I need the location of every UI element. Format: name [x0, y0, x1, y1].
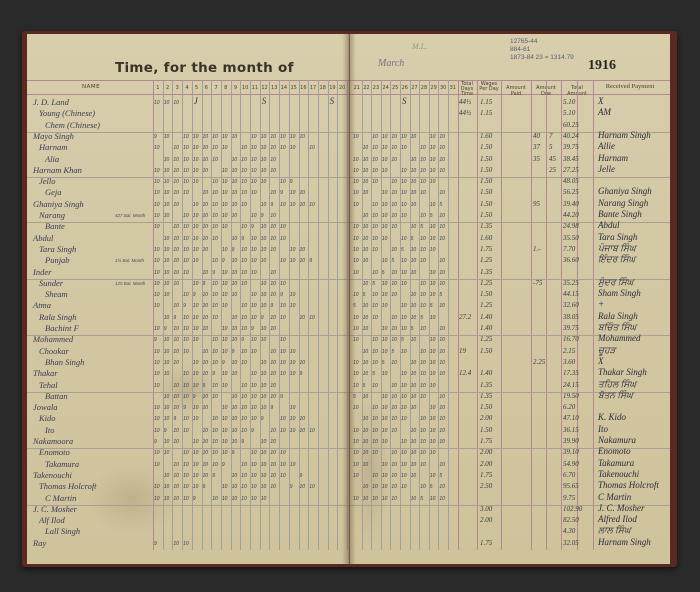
wage-value: 1.50: [480, 166, 492, 174]
day-hours: 10: [164, 168, 170, 174]
day-hours: 10: [261, 405, 267, 411]
day-hours: 10: [203, 303, 209, 309]
day-hours: 10: [164, 202, 170, 208]
day-hours: 10: [270, 371, 276, 377]
day-hours: 10: [270, 134, 276, 140]
day-hours: 10: [154, 258, 160, 264]
day-hours: 10: [382, 428, 388, 434]
amount-paid-value: 35: [533, 155, 540, 163]
day-hours: 10: [173, 270, 179, 276]
day-hours: 10: [203, 134, 209, 140]
wage-value: 1.35: [480, 392, 492, 400]
payment-signature: Takenouchi: [598, 469, 639, 479]
day-hours: 10: [391, 157, 397, 163]
day-hours: 10: [251, 473, 257, 479]
day-hours: 10: [270, 315, 276, 321]
day-hours: 10: [401, 190, 407, 196]
payment-signature: X: [598, 96, 604, 106]
wage-value: 2.00: [480, 414, 492, 422]
payment-signature: Ito: [598, 424, 608, 434]
day-hours: 10: [401, 439, 407, 445]
payment-signature: Rala Singh: [598, 311, 638, 321]
day-hours: 10: [173, 281, 179, 287]
day-hours: 10: [353, 258, 359, 264]
day-hours: 10: [401, 281, 407, 287]
day-hours: 10: [203, 405, 209, 411]
day-hours: 10: [411, 157, 417, 163]
day-hours: 10: [372, 405, 378, 411]
day-hours: 10: [251, 270, 257, 276]
day-hours: 10: [363, 168, 369, 174]
payment-signature: Mohammed: [598, 333, 641, 343]
day-hours: 10: [401, 179, 407, 185]
day-hours: 10: [173, 100, 179, 106]
day-hours: 10: [430, 439, 436, 445]
day-hours: 10: [372, 303, 378, 309]
day-hours: 10: [241, 484, 247, 490]
payment-signature: ਚੂਹੜ: [598, 345, 615, 356]
day-hours: 10: [372, 179, 378, 185]
day-hours: 10: [212, 236, 218, 242]
day-hours: 10: [193, 462, 199, 468]
day-hours: 10: [261, 303, 267, 309]
day-hours: 10: [232, 292, 238, 298]
day-hours: 10: [382, 134, 388, 140]
day-hours: 10: [251, 247, 257, 253]
day-hours: 10: [203, 145, 209, 151]
day-hours: 10: [241, 416, 247, 422]
day-hours: 9: [173, 416, 176, 422]
employee-name: Tehal: [39, 380, 58, 390]
day-hours: 10: [353, 337, 359, 343]
day-hours: 10: [251, 337, 257, 343]
day-hours: 10: [222, 371, 228, 377]
day-hours: 10: [222, 190, 228, 196]
day-hours: 10: [300, 484, 306, 490]
day-hours: 10: [270, 190, 276, 196]
employee-name: Bhan Singh: [45, 357, 84, 367]
day-hours: 10: [212, 157, 218, 163]
day-hours: 10: [203, 315, 209, 321]
day-hours: 10: [353, 371, 359, 377]
day-hours: 10: [280, 134, 286, 140]
day-hours: 10: [363, 157, 369, 163]
day-hours: 10: [212, 190, 218, 196]
day-hours: 10: [183, 337, 189, 343]
day-hours: 10: [439, 145, 445, 151]
day-hours: 9: [241, 337, 244, 343]
day-hours: 10: [411, 247, 417, 253]
day-hours: 10: [261, 224, 267, 230]
day-hours: 10: [420, 383, 426, 389]
day-hours: 10: [232, 202, 238, 208]
sunday-mark: S: [330, 96, 335, 106]
amount-due-value: 45: [549, 155, 556, 163]
wage-value: 1.75: [480, 539, 492, 547]
day-hours: 10: [173, 190, 179, 196]
total-days-header: Total Days Time: [458, 82, 476, 97]
day-hours: 9: [261, 416, 264, 422]
day-hours: 10: [290, 371, 296, 377]
day-hours: 10: [193, 337, 199, 343]
wage-value: 1.15: [480, 109, 492, 117]
payment-signature: Tara Singh: [598, 232, 637, 242]
day-hours: 10: [280, 473, 286, 479]
day-hours: 10: [173, 428, 179, 434]
amount-paid-header: Amount Paid: [502, 85, 530, 97]
day-hours: 5: [430, 303, 433, 309]
day-hours: 10: [154, 371, 160, 377]
day-hours: 10: [430, 496, 436, 502]
day-hours: 10: [300, 202, 306, 208]
day-hours: 10: [183, 371, 189, 377]
day-hours: 10: [212, 281, 218, 287]
total-amount-value: 82.50: [563, 516, 579, 524]
day-hours: 10: [439, 439, 445, 445]
sunday-mark: S: [262, 96, 267, 106]
day-hours: 10: [280, 315, 286, 321]
day-hours: 5: [411, 326, 414, 332]
day-hours: 10: [251, 405, 257, 411]
day-hours: 10: [212, 450, 218, 456]
day-hours: 10: [391, 450, 397, 456]
employee-name: Harnam Khan: [33, 165, 82, 175]
day-hours: 10: [420, 326, 426, 332]
day-hours: 10: [353, 202, 359, 208]
day-column-header: 20: [337, 85, 347, 91]
employee-name: Sunder: [39, 278, 63, 288]
day-hours: 10: [391, 383, 397, 389]
day-hours: 10: [183, 428, 189, 434]
day-hours: 10: [401, 349, 407, 355]
day-hours: 10: [222, 303, 228, 309]
day-hours: 10: [261, 281, 267, 287]
day-hours: 10: [212, 303, 218, 309]
day-hours: 10: [212, 292, 218, 298]
day-column-header: 14: [279, 85, 289, 91]
day-hours: 10: [203, 224, 209, 230]
total-amount-value: 16.70: [563, 335, 579, 343]
day-hours: 10: [382, 484, 388, 490]
wage-value: 1.40: [480, 324, 492, 332]
day-hours: 10: [154, 450, 160, 456]
day-hours: 10: [261, 145, 267, 151]
payment-signature: ਸੁੰਦਰ ਸਿੰਘ: [598, 277, 633, 288]
employee-name: J. D. Land: [33, 97, 69, 107]
day-column-header: 22: [362, 85, 372, 91]
day-hours: 10: [203, 349, 209, 355]
day-hours: 5: [439, 202, 442, 208]
day-hours: 9: [270, 303, 273, 309]
day-hours: 10: [430, 202, 436, 208]
day-hours: 10: [261, 394, 267, 400]
day-hours: 9: [270, 202, 273, 208]
day-hours: 10: [391, 270, 397, 276]
day-hours: 10: [164, 213, 170, 219]
day-column-header: 29: [429, 85, 439, 91]
day-hours: 10: [154, 326, 160, 332]
wage-value: 1.60: [480, 132, 492, 140]
day-hours: 10: [193, 236, 199, 242]
payment-signature: Alfred Ilod: [598, 514, 637, 524]
payment-signature: ਲਾਲ ਸਿੰਘ: [598, 525, 631, 536]
day-hours: 10: [353, 496, 359, 502]
day-hours: 10: [401, 394, 407, 400]
day-hours: 9: [280, 394, 283, 400]
total-amount-value: 6.20: [563, 403, 575, 411]
day-hours: 10: [420, 168, 426, 174]
day-hours: 10: [430, 416, 436, 422]
day-hours: 10: [401, 383, 407, 389]
day-hours: 10: [372, 224, 378, 230]
wage-value: 1.50: [480, 155, 492, 163]
day-hours: 10: [300, 134, 306, 140]
day-hours: 10: [193, 179, 199, 185]
total-amount-value: 38.45: [563, 155, 579, 163]
day-hours: 10: [164, 315, 170, 321]
day-hours: 10: [391, 405, 397, 411]
day-hours: 10: [439, 337, 445, 343]
day-hours: 10: [372, 247, 378, 253]
day-hours: 10: [154, 213, 160, 219]
day-hours: 10: [439, 168, 445, 174]
day-hours: 10: [401, 213, 407, 219]
day-hours: 10: [222, 439, 228, 445]
day-hours: 10: [154, 247, 160, 253]
day-hours: 10: [173, 326, 179, 332]
day-hours: 10: [232, 473, 238, 479]
day-hours: 10: [290, 416, 296, 422]
day-hours: 10: [391, 134, 397, 140]
day-hours: 10: [382, 394, 388, 400]
employee-name: C Martin: [45, 493, 76, 503]
day-hours: 10: [353, 473, 359, 479]
total-amount-value: 35.50: [563, 234, 579, 242]
employee-name: Alf Ilod: [39, 515, 65, 525]
amount-paid-value: 2.25: [533, 358, 545, 366]
day-hours: 5: [401, 337, 404, 343]
day-hours: 10: [439, 405, 445, 411]
day-hours: 10: [270, 247, 276, 253]
day-hours: 10: [270, 168, 276, 174]
day-column-header: 3: [172, 85, 182, 91]
day-hours: 10: [173, 145, 179, 151]
day-hours: 10: [183, 541, 189, 547]
day-hours: 5: [372, 371, 375, 377]
day-hours: 5: [430, 484, 433, 490]
day-hours: 10: [261, 258, 267, 264]
day-hours: 10: [401, 134, 407, 140]
total-amount-value: 3.60: [563, 358, 575, 366]
day-hours: 10: [372, 213, 378, 219]
day-hours: 10: [382, 213, 388, 219]
wage-value: 1.35: [480, 381, 492, 389]
day-column-header: 26: [400, 85, 410, 91]
day-hours: 10: [290, 247, 296, 253]
day-hours: 10: [391, 190, 397, 196]
day-hours: 10: [183, 190, 189, 196]
day-hours: 10: [300, 190, 306, 196]
day-hours: 9: [203, 484, 206, 490]
day-hours: 10: [411, 190, 417, 196]
day-hours: 10: [401, 371, 407, 377]
day-hours: 10: [154, 349, 160, 355]
wage-value: 1.50: [480, 200, 492, 208]
day-hours: 10: [261, 202, 267, 208]
day-hours: 10: [411, 496, 417, 502]
day-hours: 9: [251, 224, 254, 230]
day-hours: 10: [164, 247, 170, 253]
day-hours: 10: [164, 496, 170, 502]
day-hours: 10: [363, 145, 369, 151]
day-hours: 10: [232, 315, 238, 321]
day-hours: 10: [411, 292, 417, 298]
day-hours: 5: [382, 270, 385, 276]
day-hours: 10: [183, 349, 189, 355]
day-hours: 9: [232, 349, 235, 355]
total-amount-value: 32.05: [563, 539, 579, 547]
day-hours: 10: [183, 394, 189, 400]
day-hours: 10: [241, 168, 247, 174]
day-hours: 10: [391, 213, 397, 219]
wage-value: 2.00: [480, 448, 492, 456]
day-hours: 10: [261, 450, 267, 456]
day-hours: 10: [353, 134, 359, 140]
day-hours: 10: [232, 190, 238, 196]
day-hours: 10: [401, 270, 407, 276]
day-hours: 10: [173, 496, 179, 502]
day-hours: 10: [270, 326, 276, 332]
day-hours: 10: [193, 473, 199, 479]
day-hours: 5: [430, 213, 433, 219]
day-hours: 10: [241, 247, 247, 253]
day-hours: 10: [232, 326, 238, 332]
day-hours: 10: [270, 270, 276, 276]
day-hours: 10: [280, 337, 286, 343]
day-hours: 9: [154, 541, 157, 547]
day-hours: 10: [353, 428, 359, 434]
day-hours: 10: [183, 224, 189, 230]
day-hours: 10: [261, 168, 267, 174]
day-hours: 10: [382, 190, 388, 196]
day-hours: 10: [222, 416, 228, 422]
day-hours: 5: [411, 236, 414, 242]
day-hours: 10: [270, 462, 276, 468]
day-hours: 10: [164, 190, 170, 196]
day-hours: 10: [261, 371, 267, 377]
day-hours: 10: [193, 303, 199, 309]
day-column-header: 6: [202, 85, 212, 91]
day-hours: 10: [164, 416, 170, 422]
day-hours: 10: [173, 157, 179, 163]
wage-value: 1.50: [480, 188, 492, 196]
day-hours: 10: [382, 145, 388, 151]
day-hours: 10: [411, 450, 417, 456]
day-hours: 10: [222, 337, 228, 343]
day-hours: 10: [280, 202, 286, 208]
day-hours: 10: [241, 360, 247, 366]
day-hours: 10: [212, 179, 218, 185]
day-hours: 10: [261, 439, 267, 445]
day-hours: 10: [164, 450, 170, 456]
day-hours: 10: [290, 258, 296, 264]
day-hours: 10: [353, 157, 359, 163]
day-hours: 10: [232, 270, 238, 276]
wage-value: 3.00: [480, 505, 492, 513]
day-hours: 10: [430, 236, 436, 242]
day-hours: 10: [173, 202, 179, 208]
total-days-value: 44½: [459, 109, 471, 117]
day-hours: 10: [232, 213, 238, 219]
day-hours: 10: [372, 428, 378, 434]
payment-signature: Takamura: [598, 458, 634, 468]
day-hours: 10: [183, 134, 189, 140]
day-hours: 9: [251, 326, 254, 332]
day-hours: 10: [193, 416, 199, 422]
payment-signature: Abdul: [598, 220, 620, 230]
day-hours: 10: [164, 405, 170, 411]
day-hours: 10: [372, 315, 378, 321]
day-hours: 10: [439, 236, 445, 242]
payment-signature: Nakamura: [598, 435, 636, 445]
day-hours: 10: [203, 473, 209, 479]
wage-value: 1.40: [480, 369, 492, 377]
day-hours: 10: [420, 462, 426, 468]
day-hours: 10: [401, 473, 407, 479]
day-hours: 10: [232, 157, 238, 163]
employee-name: Ito: [45, 425, 54, 435]
day-hours: 10: [154, 303, 160, 309]
day-column-header: 9: [231, 85, 241, 91]
wage-value: 1.25: [480, 279, 492, 287]
day-hours: 10: [372, 450, 378, 456]
day-hours: 10: [232, 439, 238, 445]
day-hours: 10: [411, 360, 417, 366]
day-hours: 10: [391, 315, 397, 321]
day-hours: 10: [420, 157, 426, 163]
day-hours: 10: [280, 360, 286, 366]
day-hours: 10: [222, 428, 228, 434]
day-hours: 10: [270, 450, 276, 456]
day-hours: 10: [372, 157, 378, 163]
amount-paid-value: 40: [533, 132, 540, 140]
day-hours: 10: [193, 247, 199, 253]
total-amount-value: 27.25: [563, 166, 579, 174]
day-hours: 10: [290, 303, 296, 309]
day-hours: 10: [154, 224, 160, 230]
day-hours: 10: [261, 496, 267, 502]
day-hours: 10: [391, 462, 397, 468]
day-hours: 10: [430, 360, 436, 366]
employee-name: Punjab: [45, 255, 70, 265]
day-hours: 10: [241, 281, 247, 287]
day-hours: 10: [420, 439, 426, 445]
payment-signature: AM: [598, 107, 611, 117]
day-hours: 10: [420, 394, 426, 400]
day-hours: 10: [173, 473, 179, 479]
wages-per-day-header: Wages Per Day: [478, 82, 500, 92]
day-hours: 10: [203, 439, 209, 445]
day-hours: 10: [372, 360, 378, 366]
employee-name: Harnam: [39, 142, 67, 152]
employee-name: Takamura: [45, 459, 79, 469]
day-hours: 10: [232, 168, 238, 174]
day-hours: 10: [353, 179, 359, 185]
day-hours: 9: [203, 383, 206, 389]
day-hours: 10: [261, 326, 267, 332]
day-hours: 10: [439, 190, 445, 196]
day-hours: 10: [173, 484, 179, 490]
